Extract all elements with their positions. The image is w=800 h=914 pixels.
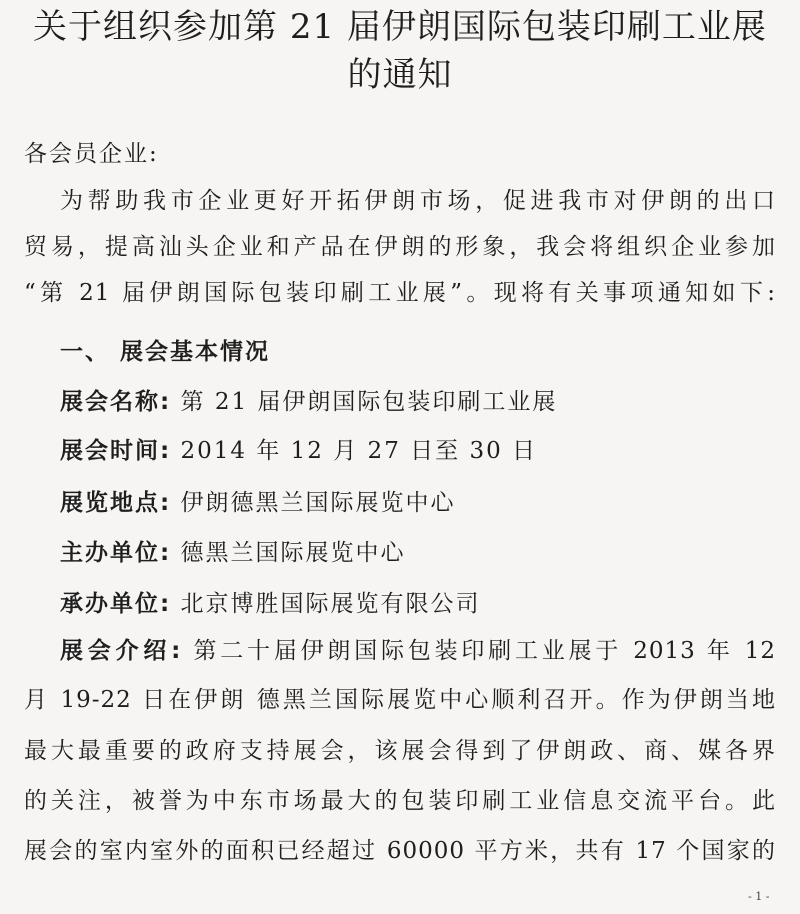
document-title-line-2: 的通知 <box>0 58 800 92</box>
field-label: 展会介绍: <box>60 638 182 664</box>
field-label: 主办单位: <box>60 540 171 566</box>
field-exhibition-time: 展会时间: 2014 年 12 月 27 日至 30 日 <box>60 440 537 463</box>
field-contractor: 承办单位: 北京博胜国际展览有限公司 <box>60 593 481 616</box>
intro-line-1: 为帮助我市企业更好开拓伊朗市场，促进我市对伊朗的出口 <box>60 190 776 213</box>
document-title-line-1: 关于组织参加第 21 届伊朗国际包装印刷工业展 <box>0 10 800 44</box>
field-exhibition-name: 展会名称: 第 21 届伊朗国际包装印刷工业展 <box>60 391 557 414</box>
field-label: 展会时间: <box>60 438 171 464</box>
field-value: 伊朗德黑兰国际展览中心 <box>171 490 455 516</box>
intro-body-line-2: 最大最重要的政府支持展会，该展会得到了伊朗政、商、媒各界 <box>24 740 776 763</box>
intro-body-line-4: 展会的室内室外的面积已经超过 60000 平方米，共有 17 个国家的 <box>24 840 776 863</box>
field-exhibition-venue: 展览地点: 伊朗德黑兰国际展览中心 <box>60 492 456 515</box>
intro-line-3: “第 21 届伊朗国际包装印刷工业展”。现将有关事项通知如下: <box>24 282 776 305</box>
field-organizer: 主办单位: 德黑兰国际展览中心 <box>60 542 406 565</box>
field-value: 第 21 届伊朗国际包装印刷工业展 <box>171 389 557 415</box>
intro-body-line-1: 月 19-22 日在伊朗 德黑兰国际展览中心顺利召开。作为伊朗当地 <box>24 689 776 712</box>
salutation: 各会员企业: <box>24 143 159 166</box>
section-heading: 一、 展会基本情况 <box>60 341 270 364</box>
intro-line-2: 贸易，提高汕头企业和产品在伊朗的形象，我会将组织企业参加 <box>24 236 776 259</box>
field-value: 德黑兰国际展览中心 <box>171 540 405 566</box>
field-value: 北京博胜国际展览有限公司 <box>171 591 480 617</box>
field-value: 第二十届伊朗国际包装印刷工业展于 2013 年 12 <box>182 638 776 664</box>
field-label: 展览地点: <box>60 490 171 516</box>
intro-body-line-3: 的关注，被誉为中东市场最大的包装印刷工业信息交流平台。此 <box>24 790 776 813</box>
field-label: 展会名称: <box>60 389 171 415</box>
field-value: 2014 年 12 月 27 日至 30 日 <box>171 438 537 464</box>
page-number: - 1 - <box>748 890 769 903</box>
field-exhibition-intro: 展会介绍: 第二十届伊朗国际包装印刷工业展于 2013 年 12 <box>60 640 776 663</box>
field-label: 承办单位: <box>60 591 171 617</box>
